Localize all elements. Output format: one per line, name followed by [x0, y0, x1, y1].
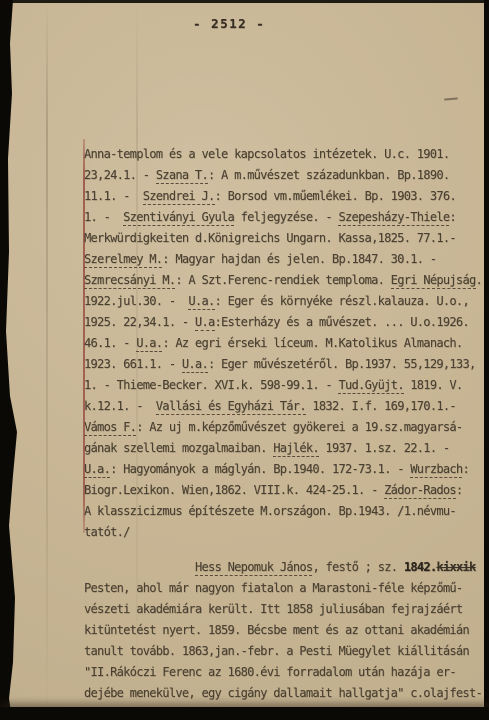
underlined-text: Vallási és Egyházi Tár.	[156, 399, 306, 415]
text-segment: : Borsod vm.műemlékei. Bp. 1903. 376.	[215, 189, 456, 203]
text-segment: .	[476, 273, 483, 287]
underlined-text: Zádor-Rados	[384, 483, 456, 499]
underlined-text: Hess Nepomuk János	[195, 560, 312, 576]
text-segment: :	[456, 483, 463, 497]
underlined-text: U.a.	[188, 294, 214, 310]
text-segment: dejébe menekülve, egy cigány dallamait h…	[84, 686, 482, 700]
biography-paragraph: Hess Nepomuk János, festő ; sz. 1842.kix…	[84, 560, 486, 707]
scan-edge-bottom	[0, 707, 489, 720]
underlined-text: Tud.Gyüjt.	[338, 378, 403, 394]
text-segment: : Az uj m.képzőművészet gyökerei a 19.sz…	[136, 420, 462, 434]
text-line: Biogr.Lexikon. Wien,1862. VIII.k. 424-25…	[84, 483, 486, 504]
text-segment: gának szellemi mozgalmaiban.	[84, 441, 273, 455]
text-segment: 46.1. -	[84, 336, 136, 350]
text-segment: Merkwürdigkeiten d.Königreichs Ungarn. K…	[84, 231, 456, 245]
text-segment: Anna-templom és a vele kapcsolatos intéz…	[84, 147, 449, 161]
text-segment: 1842.	[404, 560, 437, 574]
text-segment: tanult tovább. 1863,jan.-febr. a Pesti M…	[84, 644, 469, 658]
text-segment: 1923. 661.1. -	[84, 357, 182, 371]
underlined-text: U.a.	[182, 357, 208, 373]
text-line: U.a.: Hagyományok a máglyán. Bp.1940. 17…	[84, 462, 486, 483]
text-segment: tatót./	[84, 525, 130, 539]
text-line: 46.1. - U.a.: Az egri érseki líceum. M.K…	[84, 336, 486, 357]
bibliography-paragraph: Anna-templom és a vele kapcsolatos intéz…	[84, 147, 486, 546]
text-line: 1. - Thieme-Becker. XVI.k. 598-99.1. - T…	[84, 378, 486, 399]
underlined-text: Egri Népujság	[391, 273, 476, 289]
text-segment: : A Szt.Ferenc-rendiek temploma.	[175, 273, 390, 287]
text-segment: 1937. 1.sz. 22.1. -	[319, 441, 450, 455]
text-line: A klasszicizmus építészete M.országon. B…	[84, 504, 486, 525]
text-line: 1925. 22,34.1. - U.a:Esterházy és a művé…	[84, 315, 486, 336]
text-segment: 1. -	[84, 210, 123, 224]
text-line: dejébe menekülve, egy cigány dallamait h…	[84, 686, 486, 707]
text-segment: feljegyzése. -	[234, 210, 338, 224]
text-line: Vámos F.: Az uj m.képzőművészet gyökerei…	[84, 420, 486, 441]
text-segment: "II.Rákóczi Ferenc az 1680.évi forradalo…	[84, 665, 456, 679]
scan-edge-right	[484, 0, 489, 720]
text-line: 1. - Szentiványi Gyula feljegyzése. - Sz…	[84, 210, 486, 231]
text-line: 11.1. - Szendrei J.: Borsod vm.műemlékei…	[84, 189, 486, 210]
text-line: 23,24.1. - Szana T.: A m.művészet század…	[84, 168, 486, 189]
underlined-text: Szmrecsányi M.	[84, 273, 175, 289]
underlined-text: U.a.	[136, 336, 162, 352]
text-segment: , festő ; sz.	[312, 560, 403, 574]
text-segment: :	[449, 210, 456, 224]
text-line: Szerelmey M.: Magyar hajdan és jelen. Bp…	[84, 252, 486, 273]
text-segment: : Az egri érseki líceum. M.Katolikus Alm…	[162, 336, 462, 350]
text-segment: kitüntetést nyert. 1859. Bécsbe ment és …	[84, 623, 469, 637]
text-line: 1922.jul.30. - U.a.: Eger és környéke ré…	[84, 294, 486, 315]
text-segment: 1819. V.	[404, 378, 463, 392]
text-line: tanult tovább. 1863,jan.-febr. a Pesti M…	[84, 644, 486, 665]
underlined-text: Szepesházy-Thiele	[338, 210, 449, 226]
text-segment: :Esterházy és a művészet. ... U.o.1926.	[215, 315, 469, 329]
text-line: 1923. 661.1. - U.a.: Eger művészetéről. …	[84, 357, 486, 378]
text-segment: Biogr.Lexikon. Wien,1862. VIII.k. 424-25…	[84, 483, 384, 497]
underlined-text: Szana T.	[156, 168, 208, 184]
text-line: Merkwürdigkeiten d.Königreichs Ungarn. K…	[84, 231, 486, 252]
text-line: Pesten, ahol már nagyon fiatalon a Maras…	[84, 581, 486, 602]
underlined-text: Wurzbach	[410, 462, 462, 478]
underlined-text: Hajlék.	[273, 441, 319, 457]
text-segment: : Eger és környéke részl.kalauza. U.o.,	[215, 294, 469, 308]
underlined-text: Szerelmey M.	[84, 252, 162, 268]
underlined-text: Szentiványi Gyula	[123, 210, 234, 226]
text-segment: : A m.művészet századunkban. Bp.1890.	[208, 168, 449, 182]
paper-crease	[46, 0, 48, 720]
text-segment: 1832. I.f. 169,170.1.-	[306, 399, 456, 413]
text-line: kitüntetést nyert. 1859. Bécsbe ment és …	[84, 623, 486, 644]
text-segment: 1. - Thieme-Becker. XVI.k. 598-99.1. -	[84, 378, 338, 392]
text-line: vészeti akadémiára került. Itt 1858 juli…	[84, 602, 486, 623]
text-segment: :	[462, 462, 469, 476]
text-segment: 1922.jul.30. -	[84, 294, 188, 308]
text-line: Hess Nepomuk János, festő ; sz. 1842.kix…	[84, 560, 486, 581]
text-segment: 1925. 22,34.1. -	[84, 315, 195, 329]
text-segment: : Eger művészetéről. Bp.1937. 55,129,133…	[208, 357, 476, 371]
text-line: gának szellemi mozgalmaiban. Hajlék. 193…	[84, 441, 486, 462]
text-segment: k.12.1. -	[84, 399, 156, 413]
struck-out-text: kixxik	[436, 560, 475, 574]
text-line: k.12.1. - Vallási és Egyházi Tár. 1832. …	[84, 399, 486, 420]
text-line: Anna-templom és a vele kapcsolatos intéz…	[84, 147, 486, 168]
underlined-text: Vámos F.	[84, 420, 136, 436]
text-segment: 11.1. -	[84, 189, 143, 203]
text-line: "II.Rákóczi Ferenc az 1680.évi forradalo…	[84, 665, 486, 686]
underlined-text: Szendrei J.	[143, 189, 215, 205]
text-segment: vészeti akadémiára került. Itt 1858 juli…	[84, 602, 462, 616]
text-segment: : Hagyományok a máglyán. Bp.1940. 172-73…	[110, 462, 410, 476]
text-segment: : Magyar hajdan és jelen. Bp.1847. 30.1.…	[162, 252, 436, 266]
ink-stain	[444, 97, 458, 100]
text-line: Szmrecsányi M.: A Szt.Ferenc-rendiek tem…	[84, 273, 486, 294]
page-number: - 2512 -	[193, 16, 265, 31]
scanned-page: - 2512 - Anna-templom és a vele kapcsola…	[0, 0, 489, 720]
text-segment: A klasszicizmus építészete M.országon. B…	[84, 504, 456, 518]
underlined-text: U.a	[195, 315, 215, 331]
text-segment: 23,24.1. -	[84, 168, 156, 182]
text-line: tatót./	[84, 525, 486, 546]
text-segment: Pesten, ahol már nagyon fiatalon a Maras…	[84, 581, 462, 595]
underlined-text: U.a.	[84, 462, 110, 478]
scan-edge-top	[0, 0, 489, 3]
